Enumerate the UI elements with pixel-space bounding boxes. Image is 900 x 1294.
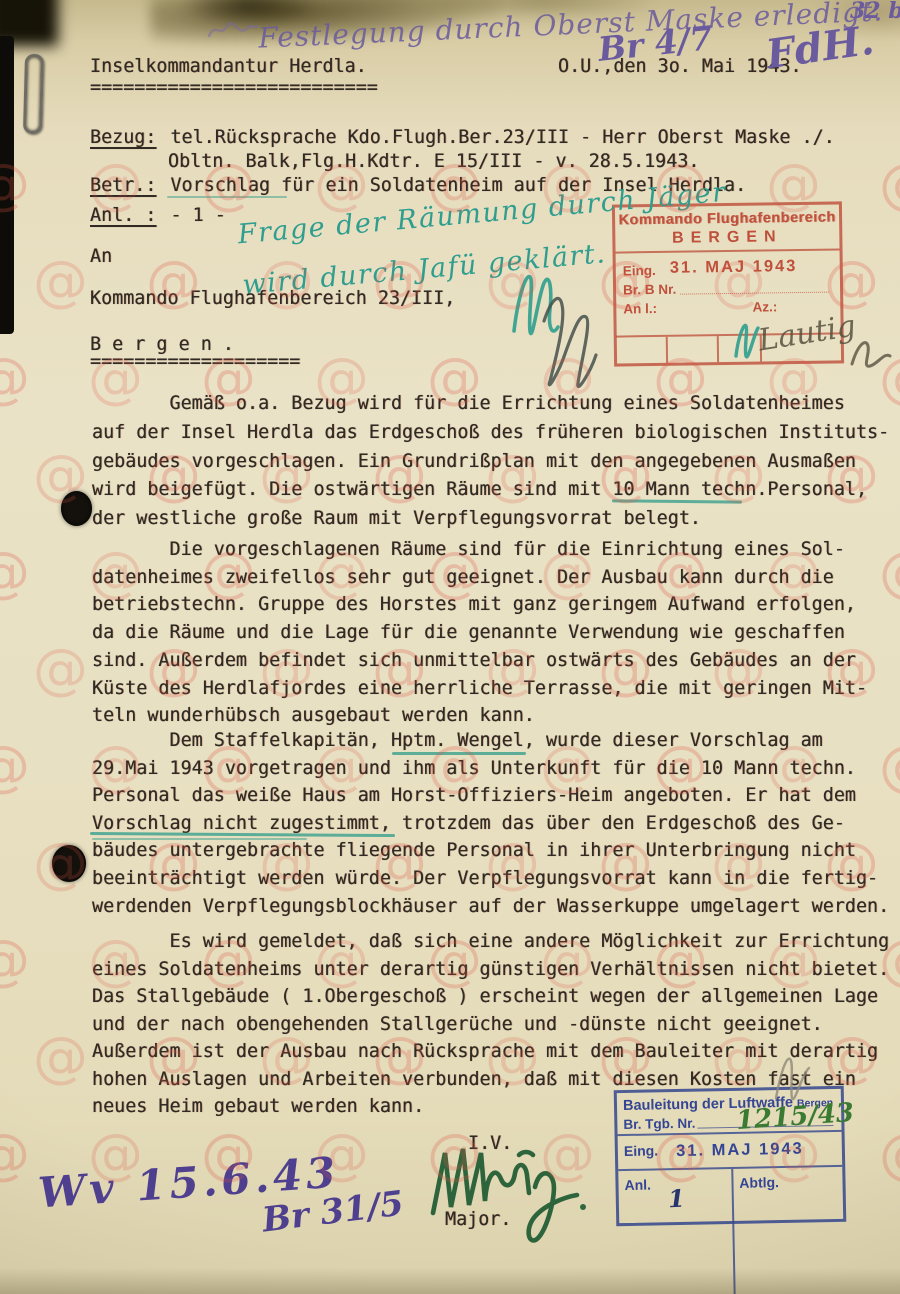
underline-vorschlag-betr [167, 196, 287, 198]
red-stamp-cell [667, 336, 719, 363]
blue-stamp-date-row: Eing.31. MAJ 1943 [618, 1132, 843, 1171]
signature [425, 1133, 590, 1261]
blue-stamp-anl-label: Anl. [624, 1177, 651, 1194]
paper-clip [23, 54, 44, 134]
red-stamp-br-line [680, 292, 829, 295]
red-stamp-fields: Eing.31. MAJ 1943 Br. B Nr. An l.:Az.: [616, 250, 841, 316]
watermark-at-icon: @ [0, 734, 30, 798]
watermark-at-icon: @ [0, 928, 30, 992]
red-stamp-city: BERGEN [617, 227, 837, 248]
anl-text: - 1 - [170, 205, 225, 226]
blue-stamp-eing-label: Eing. [624, 1142, 659, 1162]
pencil-paraph [762, 1046, 822, 1108]
paragraph-2: Die vorgeschlagenen Räume sind für die E… [92, 536, 867, 730]
bottom-edge-shadow [0, 1268, 900, 1294]
red-stamp-eing-label: Eing. [623, 263, 656, 278]
watermark-at-icon: @ [0, 540, 30, 604]
paragraph-1: Gemäß o.a. Bezug wird für die Errichtung… [92, 390, 889, 534]
underline-nicht-zugestimmt-2 [92, 838, 307, 840]
watermark-at-icon: @ [0, 1122, 30, 1186]
scanned-letter-page: Inselkommandantur Herdla. O.U.,den 3o. M… [0, 0, 900, 1294]
punch-hole-bottom [52, 845, 86, 882]
binding-edge [0, 36, 14, 334]
bezug-text-1: tel.Rücksprache Kdo.Flugh.Ber.23/III - H… [170, 127, 834, 148]
watermark-at-icon: @ [879, 1122, 900, 1186]
blue-stamp-anl-value: 1 [667, 1184, 685, 1214]
recipient-city-rule: =================== [90, 348, 300, 376]
watermark-at-icon: @ [33, 1025, 88, 1089]
watermark-at-icon: @ [879, 540, 900, 604]
punch-hole-top [61, 491, 92, 526]
anl-line: Anl. :- 1 - [90, 202, 226, 230]
bezug-label: Bezug: [90, 127, 156, 148]
teal-paraph [500, 255, 610, 395]
red-stamp-an-label: An l.: [623, 301, 657, 316]
blue-stamp-tgb-label: Br. Tgb. Nr. [623, 1116, 695, 1132]
paragraph-3: Dem Staffelkapitän, Hptm. Wengel, wurde … [92, 727, 889, 920]
faded-scribble [205, 14, 260, 44]
sender-rule: ========================== [90, 74, 378, 102]
underline-hptm-wengel [392, 752, 526, 755]
red-stamp-br-label: Br. B Nr. [623, 282, 676, 298]
red-stamp-date: 31. MAJ 1943 [670, 257, 798, 278]
watermark-at-icon: @ [0, 346, 30, 410]
blue-stamp-date: 31. MAJ 1943 [676, 1140, 804, 1161]
red-stamp-cell [616, 337, 668, 364]
anl-label: Anl. : [90, 205, 156, 226]
watermark-at-icon: @ [33, 249, 88, 313]
pencil-flourish [846, 330, 896, 376]
watermark-at-icon: @ [879, 152, 900, 216]
recipient-an: An [90, 243, 112, 271]
betr-label: Betr.: [90, 175, 156, 196]
watermark-at-icon: @ [33, 637, 88, 701]
